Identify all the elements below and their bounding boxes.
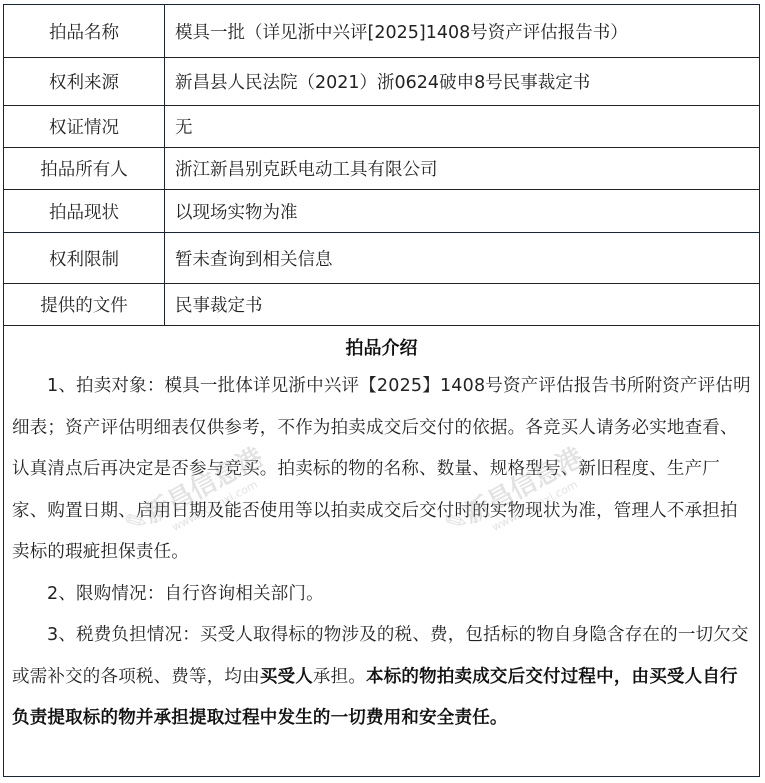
row-label: 拍品现状 xyxy=(4,190,165,232)
row-value: 暂未查询到相关信息 xyxy=(165,233,759,283)
table-row: 权利限制 暂未查询到相关信息 xyxy=(4,233,759,284)
intro-title: 拍品介绍 xyxy=(4,334,759,360)
table-row: 拍品现状 以现场实物为准 xyxy=(4,190,759,233)
row-label: 权证情况 xyxy=(4,106,165,147)
auction-info-table: 拍品名称 模具一批（详见浙中兴评[2025]1408号资产评估报告书） 权利来源… xyxy=(3,4,760,777)
table-row: 权证情况 无 xyxy=(4,106,759,148)
row-value: 新昌县人民法院（2021）浙0624破申8号民事裁定书 xyxy=(165,58,759,105)
table-row: 拍品所有人 浙江新昌别克跃电动工具有限公司 xyxy=(4,148,759,190)
intro-paragraph-1: 1、拍卖对象：模具一批体详见浙中兴评【2025】1408号资产评估报告书所附资产… xyxy=(12,366,751,574)
auction-intro-section: 拍品介绍 1、拍卖对象：模具一批体详见浙中兴评【2025】1408号资产评估报告… xyxy=(4,326,759,776)
row-label: 权利限制 xyxy=(4,233,165,283)
tax-text-end: 承担。 xyxy=(313,667,366,687)
intro-body: 1、拍卖对象：模具一批体详见浙中兴评【2025】1408号资产评估报告书所附资产… xyxy=(12,366,751,740)
row-label: 权利来源 xyxy=(4,58,165,105)
row-value: 以现场实物为准 xyxy=(165,190,759,232)
row-label: 拍品所有人 xyxy=(4,148,165,189)
table-row: 权利来源 新昌县人民法院（2021）浙0624破申8号民事裁定书 xyxy=(4,58,759,106)
row-label: 提供的文件 xyxy=(4,284,165,325)
row-value: 模具一批（详见浙中兴评[2025]1408号资产评估报告书） xyxy=(165,5,759,57)
intro-paragraph-2: 2、限购情况：自行咨询相关部门。 xyxy=(12,574,751,616)
row-value: 浙江新昌别克跃电动工具有限公司 xyxy=(165,148,759,189)
row-label: 拍品名称 xyxy=(4,5,165,57)
row-value: 无 xyxy=(165,106,759,147)
buyer-emphasis: 买受人 xyxy=(260,667,313,687)
table-row: 提供的文件 民事裁定书 xyxy=(4,284,759,326)
table-row: 拍品名称 模具一批（详见浙中兴评[2025]1408号资产评估报告书） xyxy=(4,5,759,58)
intro-paragraph-3: 3、税费负担情况：买受人取得标的物涉及的税、费，包括标的物自身隐含存在的一切欠交… xyxy=(12,615,751,740)
row-value: 民事裁定书 xyxy=(165,284,759,325)
